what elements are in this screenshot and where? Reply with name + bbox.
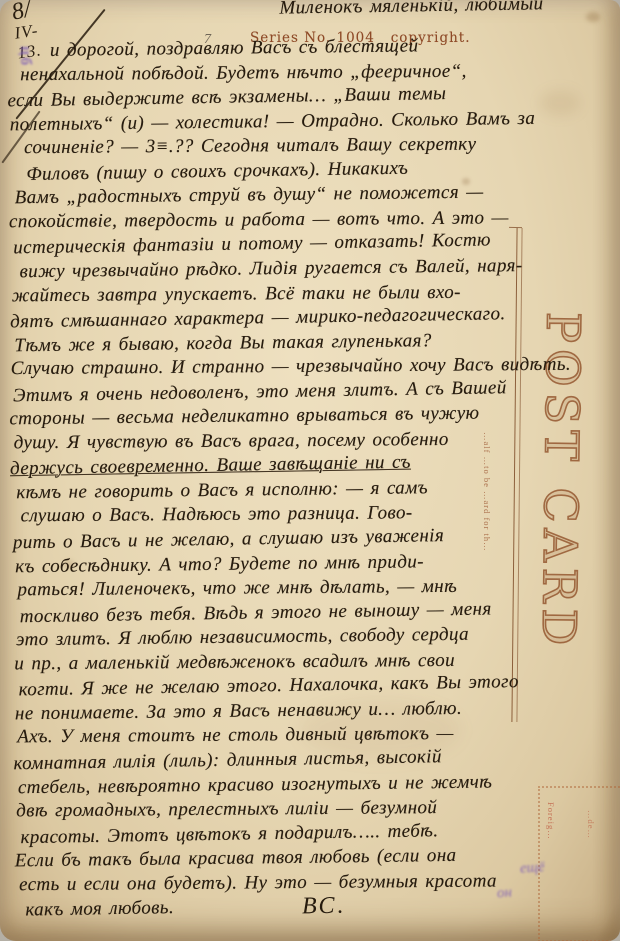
handwriting-line: истерическія фантазіи и потому — отказат… (13, 230, 491, 260)
handwriting-line: къ собесѣднику. А что? Будете по мнѣ при… (15, 551, 424, 578)
handwriting-line: вижу чрезвычайно рѣдко. Лидія ругается с… (19, 255, 522, 283)
handwriting-line: жайтесь завтра упускаетъ. Всё таки не бы… (12, 281, 461, 307)
postcard-scan: 8/ IV-13. цб Series No. 1004 copyright. … (0, 0, 620, 941)
handwriting-line: Миленокъ мяленькій, любимый (279, 0, 543, 20)
handwriting-line: Тѣмъ же я бываю, когда Вы такая глупеньк… (14, 330, 432, 357)
handwriting-line: Если бъ такъ была красива твоя любовь (е… (15, 845, 457, 872)
handwriting-line: раться! Лиленочекъ, что же мнѣ дѣлать, —… (17, 576, 457, 601)
handwriting-line: стебель, невѣроятно красиво изогнутыхъ и… (18, 771, 493, 799)
handwriting-line: полетныхъ“ (и) — холестика! — Отрадно. С… (10, 108, 536, 136)
handwriting-line: это злитъ. Я люблю независимость, свобод… (16, 624, 469, 652)
handwriting-line: и пр., а маленькій медвѣженокъ всадилъ м… (14, 650, 455, 675)
handwriting-line: тоскливо безъ тебя. Вѣдь я этого не выно… (20, 598, 492, 628)
handwriting-line: не понимаете. За это я Васъ ненавижу и… … (15, 698, 462, 725)
handwriting-line: есть и если она будетъ). Ну это — безумн… (19, 870, 497, 896)
handwriting-line: ненахальной побѣдой. Будетъ нѣчто „феери… (20, 60, 467, 86)
handwriting-line: держусь своевременно. Ваше завѣщаніе ни … (10, 452, 411, 481)
handwriting-line: двѣ громадныхъ, прелестныхъ лиліи — безу… (16, 797, 437, 822)
handwriting-line: если Вы выдержите всѣ экзамены… „Ваши те… (7, 83, 446, 112)
handwriting-line: душу. Я чувствую въ Васъ врага, посему о… (14, 429, 449, 454)
handwriting-line: рить о Васъ и не желаю, а слушаю изъ ува… (13, 525, 445, 554)
handwriting-line: комнатная лилія (лиль): длинныя листья, … (13, 746, 442, 775)
handwriting-line: красоты. Этотъ цвѣтокъ я подарилъ….. теб… (20, 820, 438, 849)
handwriting-text-block: Миленокъ мяленькій, любимыйи дорогой, по… (0, 0, 620, 941)
signature: ВС. (302, 893, 347, 921)
handwriting-line: и дорогой, поздравляю Васъ съ блестящей (50, 35, 419, 62)
handwriting-line: какъ моя любовь. (25, 897, 174, 921)
handwriting-line: стороны — весьма неделикатно врываться в… (9, 403, 479, 431)
handwriting-line: сочиненіе? — 3≡.?? Сегодня читалъ Вашу с… (24, 134, 477, 160)
handwriting-line: Филовъ (пишу о своихъ срочкахъ). Никаких… (26, 157, 408, 185)
handwriting-line: Вамъ „радостныхъ струй въ душу“ не помож… (15, 182, 484, 210)
handwriting-line: кѣмъ не говорить о Васъ я исполню: — я с… (16, 477, 428, 504)
handwriting-line: Случаю страшно. И странно — чрезвычайно … (11, 354, 571, 380)
handwriting-line: спокойствіе, твердость и работа — вотъ ч… (9, 207, 509, 233)
handwriting-line: Ахъ. У меня стоитъ не столь дивный цвѣто… (17, 723, 454, 748)
handwriting-line: слушаю о Васъ. Надѣюсь это разница. Гово… (20, 503, 412, 528)
